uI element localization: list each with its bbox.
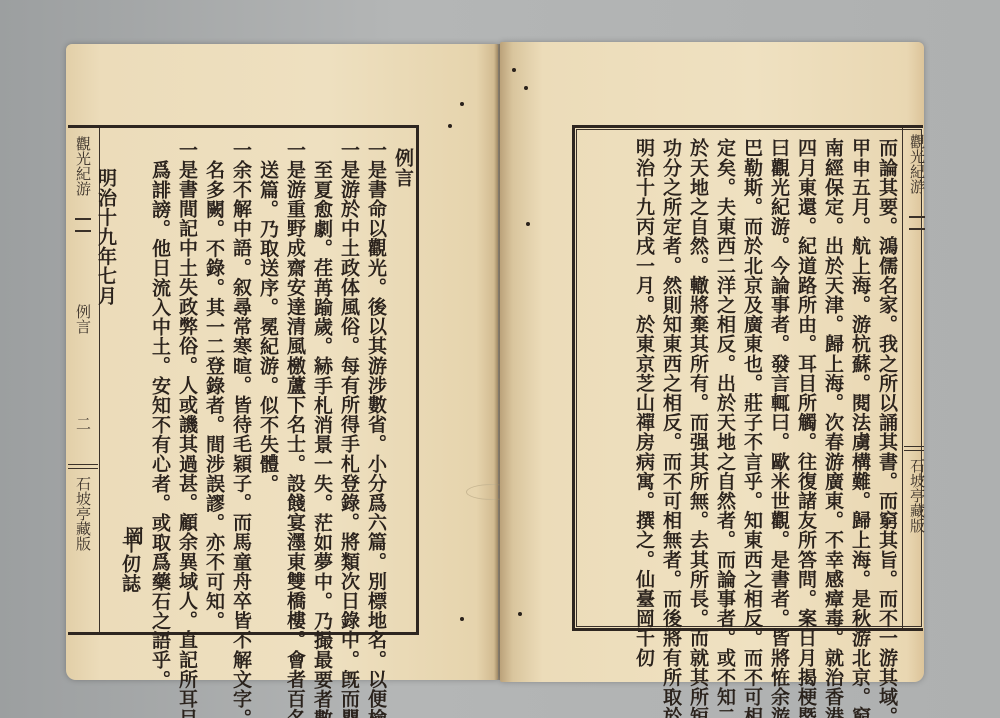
fishtail-icon: [909, 216, 925, 230]
banxin-rule: [902, 128, 903, 628]
text-column: 送篇。乃取送序。冕紀游。似不失體。: [254, 140, 281, 628]
worm-hole: [512, 68, 516, 72]
text-column: 名多闕。不錄。其一二登錄者。間涉誤謬。亦不可知。: [200, 140, 227, 628]
text-column: 一是游於中土政体風俗。每有所得手札登錄。將類次日錄中。旣而嬰病東還。: [335, 140, 362, 628]
date-line: 明治十九丙戌一月。於東京芝山禪房病寓。撰之。仙臺岡千仞: [630, 138, 657, 622]
text-column: 一是書間記中土失政弊俗。人或譏其過甚。顧余異域人。直記所耳目。非有意: [173, 140, 200, 628]
right-banxin: 觀光紀游: [906, 134, 928, 234]
text-column: 功分之所定者。然則知東西之相反。而不可相無者。而後將有所取於我書也。: [657, 138, 684, 622]
worm-hole: [448, 124, 452, 128]
banxin-title: 觀光紀游: [74, 136, 92, 196]
text-column: 巴勒斯。而於北京及廣東也。莊子不言乎。知東西之相反。而不可相無。則功分: [738, 138, 765, 622]
text-column: 南經保定。出於天津。歸上海。次春游廣東。不幸感瘴毒。就治香港。療養十旬。至: [819, 138, 846, 622]
banxin-printer-mark: 石坡亭藏版: [72, 476, 94, 551]
banxin-page-number: 二: [72, 416, 94, 431]
text-column: 一余不解中語。叙尋常寒暄。皆待毛穎子。而馬童舟卒皆不解文字。故地名村: [227, 140, 254, 628]
banxin-printer-mark: 石坡亭藏版: [906, 458, 928, 533]
section-heading: 例言: [389, 140, 416, 628]
text-column: 曰觀光紀游。今論事者。發言輒曰。歐米世觀。是書者。皆將恠余游不於龍動及: [765, 138, 792, 622]
worm-hole: [518, 612, 522, 616]
signature-name: 千仞誌: [116, 534, 143, 593]
worm-hole: [460, 102, 464, 106]
worm-hole: [460, 617, 464, 621]
left-page: 觀光紀游 例言 二 石坡亭藏版 例言 一是書命以觀光。後以其游涉數省。小分爲六篇…: [66, 44, 498, 680]
banxin-title: 觀光紀游: [908, 134, 926, 194]
text-column: 一是游重野成齋安達清風檄蘆下名士。設餞宴濹東雙橋樓。會者百名。皆有: [281, 140, 308, 628]
text-column: 爲誹謗。他日流入中土。安知不有心者。或取爲藥石之語乎。: [146, 140, 173, 628]
right-page: 而論其要。鴻儒名家。我之所以誦其書。而窮其旨。而不一游其域。而可乎。歲在 甲申五…: [500, 42, 924, 682]
banxin-divider: [904, 446, 924, 447]
left-banxin: 觀光紀游: [72, 136, 94, 236]
text-column: 至夏愈劇。荏苒踰歲。𦀗手札消景一失。茫如夢中。乃撮最要者數條。終篇。: [308, 140, 335, 628]
left-text-area: 例言 一是書命以觀光。後以其游涉數省。小分爲六篇。別標地名。以便檢閱。 一是游於…: [102, 140, 416, 628]
signature-surname: 岡: [119, 140, 146, 546]
text-column: 一是書命以觀光。後以其游涉數省。小分爲六篇。別標地名。以便檢閱。: [362, 140, 389, 628]
text-column: 定矣。夫東西二洋之相反。出於天地之自然者。而論事者。或不知二洋相反。出: [711, 138, 738, 622]
banxin-divider: [904, 450, 924, 451]
text-column: 於天地之自然。轍將棄其所有。而强其所無。去其所長。而就其所短。此亦不得: [684, 138, 711, 622]
fishtail-icon: [75, 218, 91, 232]
banxin-section: 例言: [72, 304, 94, 334]
date-line: 明治十九年七月: [92, 140, 119, 628]
worm-hole: [526, 222, 530, 226]
worm-hole: [524, 86, 528, 90]
text-column: 而論其要。鴻儒名家。我之所以誦其書。而窮其旨。而不一游其域。而可乎。歲在: [873, 138, 900, 622]
text-column: 甲申五月。航上海。游杭蘇。閱法虜構難。歸上海。是秋游北京。窮居庸八達諸勝。: [846, 138, 873, 622]
text-column: 四月東還。紀道路所由。耳目所觸。往復諸友所答問。案日月揭梗槩。俾十一卷。: [792, 138, 819, 622]
right-text-area: 而論其要。鴻儒名家。我之所以誦其書。而窮其旨。而不一游其域。而可乎。歲在 甲申五…: [578, 138, 900, 622]
